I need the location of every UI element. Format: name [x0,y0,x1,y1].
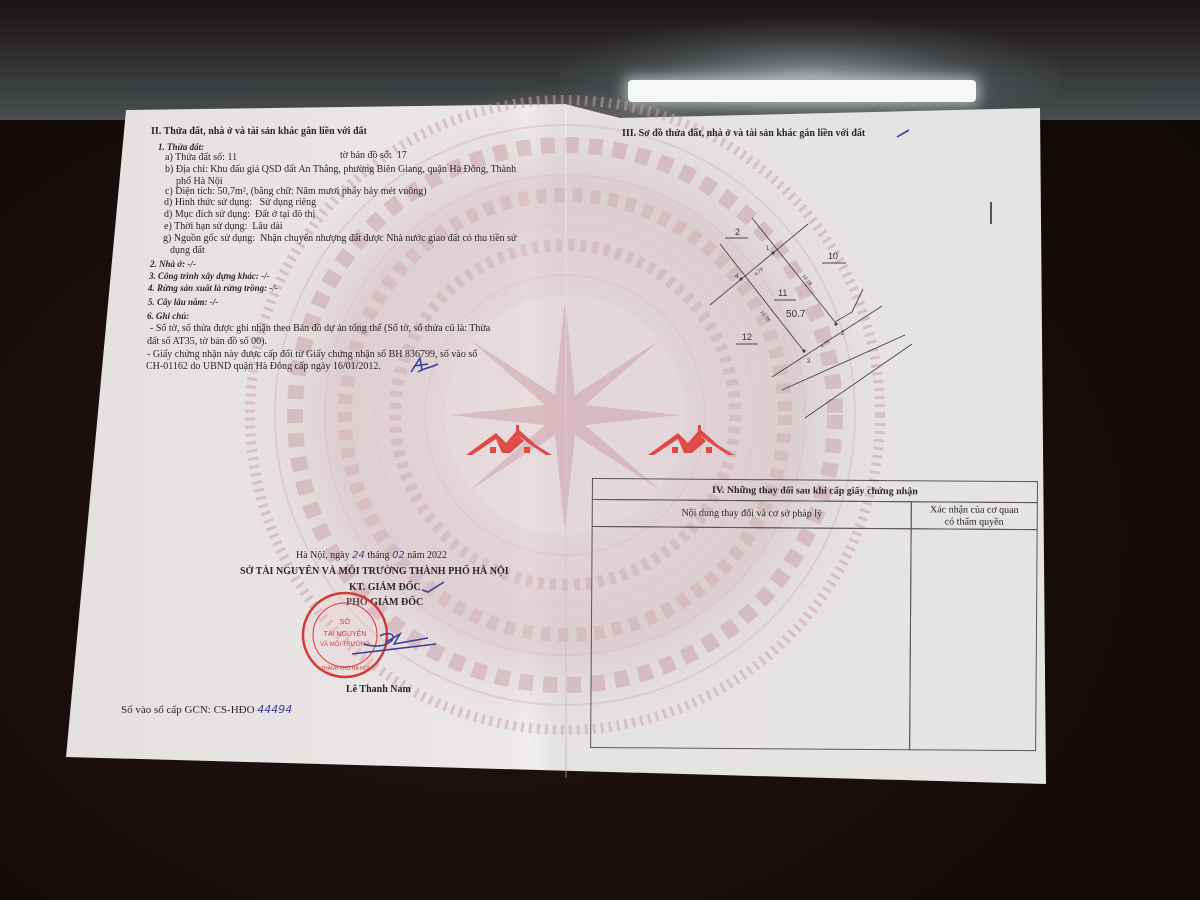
parcel-label: a) Thửa đất số: [165,152,225,163]
map-sheet-number: 17 [397,150,407,161]
origin-value: Nhận chuyển nhượng đất được Nhà nước gia… [260,233,516,244]
perennial-row: 5. Cây lâu năm: -/- [148,296,218,308]
col2-header-line2: có thẩm quyền [912,516,1037,529]
purpose-value: Đất ở tại đô thị [255,209,315,220]
margin-mark [990,202,992,224]
term-label: e) Thời hạn sử dụng: [164,221,247,232]
tick-mark-icon [420,580,446,594]
section-ii-title: II. Thửa đất, nhà ở và tài sản khác gắn … [151,126,367,138]
other-construction-row: 3. Công trình xây dựng khác: -/- [149,270,270,282]
map-sheet-row: tờ bản đồ số: 17 [340,150,407,162]
forest-row: 4. Rừng sản xuất là rừng trồng: -/- [148,282,278,294]
usage-form-row: d) Hình thức sử dụng: Sử dụng riêng [164,197,316,209]
changes-table: IV. Những thay đổi sau khi cấp giấy chứn… [590,478,1048,757]
origin-row: g) Nguồn gốc sử dụng: Nhận chuyển nhượng… [163,233,516,245]
neighbor-parcel-2: 2 [735,227,740,237]
col1-header-cell: Nội dung thay đổi và cơ sở pháp lý [592,499,912,529]
handwritten-signature [350,628,440,658]
changes-table-title: IV. Những thay đổi sau khi cấp giấy chứn… [593,484,1037,499]
origin-line2: dụng đất [170,245,205,257]
issuing-authority: SỞ TÀI NGUYÊN VÀ MÔI TRƯỜNG THÀNH PHỐ HÀ… [240,566,509,578]
term-value: Lâu dài [252,221,282,232]
house-row: 2. Nhà ở: -/- [150,258,196,270]
vertex-1: 1 [766,246,770,252]
edge-length-bottom: 4.70 [820,339,832,350]
usage-form-label: d) Hình thức sử dụng: [164,197,252,208]
col1-header: Nội dung thay đổi và cơ sở pháp lý [593,507,911,521]
address-row: b) Địa chỉ: Khu đấu giá QSD đất An Thắng… [165,164,516,176]
neighbor-parcel-12: 12 [742,332,752,342]
origin-label: g) Nguồn gốc sử dụng: [163,233,255,244]
parcel-number: 11 [227,152,237,163]
note1-line1: - Số tờ, số thửa được ghi nhận theo Bản … [150,323,490,335]
date-year: năm 2022 [407,550,447,561]
parcel-map: 2 10 12 11 50.7 1 2 3 4 4.70 10.78 4.70 … [700,200,930,430]
address-value: Khu đấu giá QSD đất An Thắng, phường Biê… [210,164,516,175]
col2-body-cell [909,528,1038,751]
registry-handwritten: 44494 [257,703,292,716]
initials-signature-icon [408,354,440,376]
date-day: 24 [352,550,365,561]
note2-line2: CH-01162 do UBND quận Hà Đông cấp ngày 1… [146,361,381,373]
purpose-row: d) Mục đích sử dụng: Đất ở tại đô thị [164,209,315,221]
date-month-label: tháng [367,550,389,561]
vertex-4: 4 [735,274,739,280]
parcel-area: 50.7 [786,309,806,320]
edge-length-left: 10.78 [758,310,771,324]
stamp-line-1: SỞ [340,617,351,626]
notes-heading: 6. Ghi chú: [147,310,189,322]
section-iii-title: III. Sơ đồ thửa đất, nhà ở và tài sản kh… [622,128,865,140]
registry-number: Số vào sổ cấp GCN: CS-HĐO 44494 [121,704,292,716]
parcel-id: 11 [778,288,787,298]
map-sheet-label: tờ bản đồ số: [340,150,392,161]
house-logo-watermark-left [466,425,552,457]
note1-line2: đất số AT35, tờ bản đồ số 00). [147,336,267,348]
col2-header-line1: Xác nhận của cơ quan [912,504,1037,517]
col1-body-cell [590,526,912,750]
stamp-bottom-text: THÀNH PHỐ HÀ NỘI [321,665,369,672]
signer-name: Lê Thanh Nam [346,684,411,696]
vertex-2: 2 [841,331,845,337]
col2-header-cell: Xác nhận của cơ quan có thẩm quyền [911,501,1038,530]
term-row: e) Thời hạn sử dụng: Lâu dài [164,221,283,233]
neighbor-parcel-10: 10 [828,251,838,261]
date-month: 02 [392,550,405,561]
purpose-label: d) Mục đích sử dụng: [164,209,250,220]
issue-date: Hà Nội, ngày 24 tháng 02 năm 2022 [296,550,447,562]
house-logo-watermark-right [648,425,734,457]
registry-label: Số vào sổ cấp GCN: CS-HĐO [121,704,255,716]
address-label: b) Địa chỉ: [165,164,208,175]
vertex-3: 3 [807,359,811,365]
page-fold [565,108,567,778]
tick-mark-icon [896,129,910,139]
parcel-row: a) Thửa đất số: 11 [165,152,237,164]
usage-form-value: Sử dụng riêng [260,197,317,208]
date-prefix: Hà Nội, ngày [296,550,350,561]
